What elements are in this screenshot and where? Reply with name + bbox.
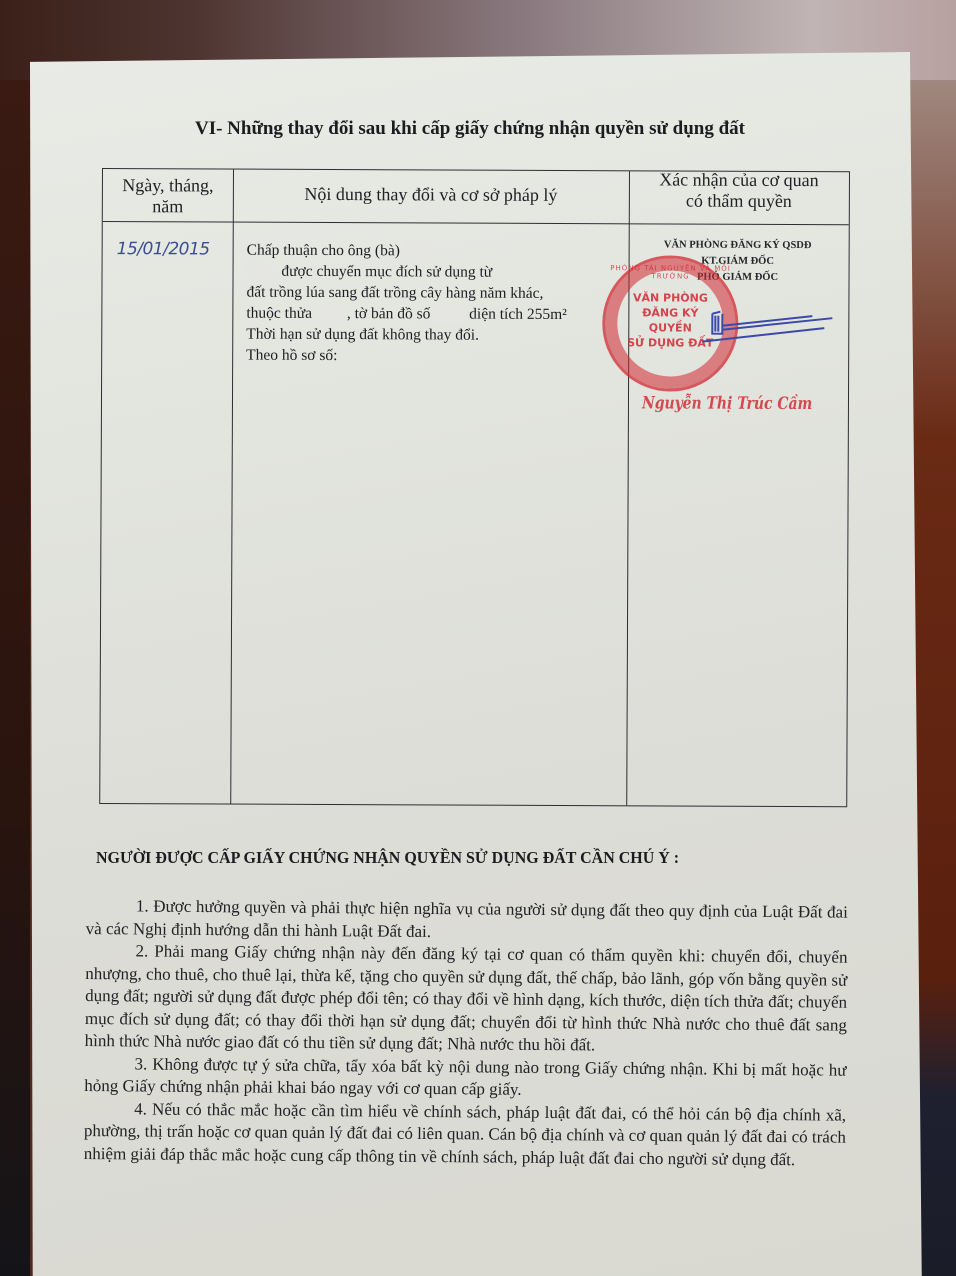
column-divider	[230, 170, 234, 804]
change-date: 15/01/2015	[117, 239, 210, 259]
content-line: được chuyển mục đích sử dụng từ	[247, 261, 617, 284]
redacted-field	[404, 240, 435, 261]
redacted-field	[247, 261, 278, 282]
seal-ring-text: PHÒNG TÀI NGUYÊN VÀ MÔI TRƯỜNG	[606, 264, 736, 281]
content-line: Theo hồ sơ số:	[246, 345, 616, 368]
notes-title: NGƯỜI ĐƯỢC CẤP GIẤY CHỨNG NHẬN QUYỀN SỬ …	[96, 848, 829, 868]
office-name: VĂN PHÒNG ĐĂNG KÝ QSDĐ	[633, 237, 843, 254]
header-date: Ngày, tháng, năm	[103, 175, 233, 218]
content-line: đất trồng lúa sang đất trồng cây hàng nă…	[246, 282, 616, 305]
background-left-edge	[0, 80, 30, 1276]
note-item: 1. Được hưởng quyền và phải thực hiện ng…	[86, 895, 848, 947]
note-item: 3. Không được tự ý sửa chữa, tẩy xóa bất…	[84, 1052, 846, 1104]
header-date-line1: Ngày, tháng,	[103, 175, 233, 197]
header-divider	[103, 221, 849, 225]
notes-list: 1. Được hưởng quyền và phải thực hiện ng…	[84, 895, 848, 1172]
authority-confirmation: VĂN PHÒNG ĐĂNG KÝ QSDĐ KT.GIÁM ĐỐC PHÓ G…	[632, 237, 842, 286]
signer-name: Nguyễn Thị Trúc Cầm	[642, 393, 812, 414]
redacted-field	[316, 303, 347, 324]
note-item: 4. Nếu có thắc mắc hoặc cần tìm hiểu về …	[84, 1097, 847, 1171]
signature-icon	[692, 298, 842, 359]
header-date-line2: năm	[103, 196, 233, 218]
changes-table: Ngày, tháng, năm Nội dung thay đổi và cơ…	[99, 168, 850, 807]
header-confirmation: Xác nhận của cơ quan có thẩm quyền	[629, 169, 849, 212]
header-content: Nội dung thay đổi và cơ sở pháp lý	[233, 184, 629, 207]
redacted-field	[434, 303, 465, 324]
section-title: VI- Những thay đổi sau khi cấp giấy chứn…	[100, 118, 840, 140]
header-confirmation-line1: Xác nhận của cơ quan	[629, 169, 849, 191]
header-confirmation-line2: có thẩm quyền	[629, 190, 849, 212]
content-line: thuộc thửa , tờ bản đồ số diện tích 255m…	[246, 303, 616, 326]
change-content: Chấp thuận cho ông (bà) được chuyển mục …	[246, 240, 617, 368]
content-line: Thời hạn sử dụng đất không thay đổi.	[246, 324, 616, 347]
note-item: 2. Phải mang Giấy chứng nhận này đến đăn…	[85, 940, 848, 1059]
content-line: Chấp thuận cho ông (bà)	[247, 240, 617, 263]
